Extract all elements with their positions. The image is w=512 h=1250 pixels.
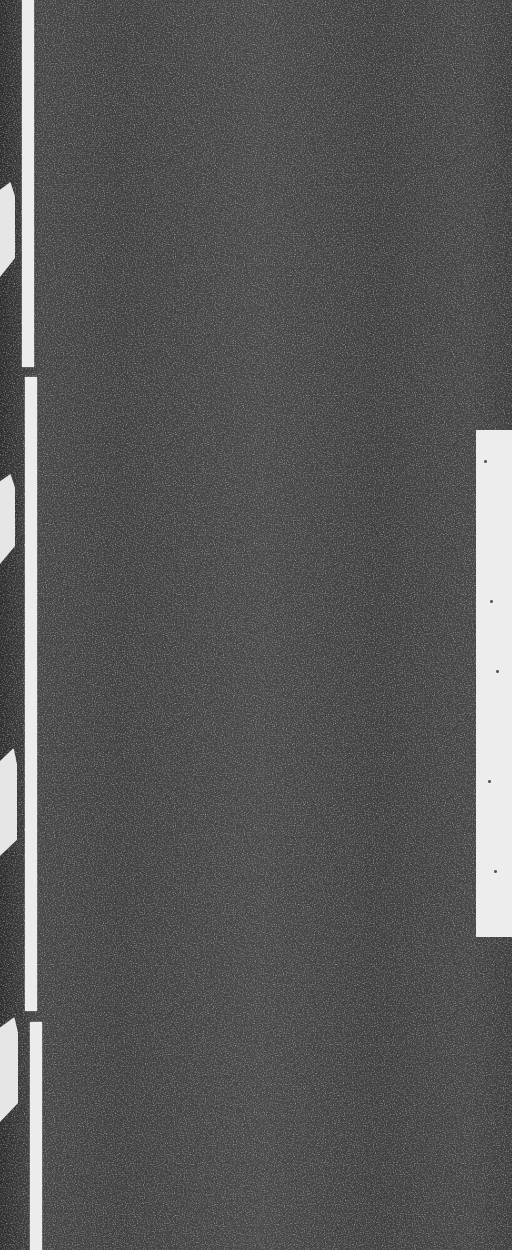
road-scene <box>0 0 512 1250</box>
debris-speck <box>488 780 491 783</box>
lane-line-segment <box>25 377 37 1011</box>
hatch-marking <box>0 748 17 856</box>
lane-line-segment <box>22 0 34 367</box>
road-marking-bar <box>476 430 512 937</box>
debris-speck <box>496 670 499 673</box>
debris-speck <box>490 600 493 603</box>
debris-speck <box>494 870 497 873</box>
lane-line-segment <box>30 1022 42 1250</box>
asphalt-texture <box>0 0 512 1250</box>
debris-speck <box>484 460 487 463</box>
